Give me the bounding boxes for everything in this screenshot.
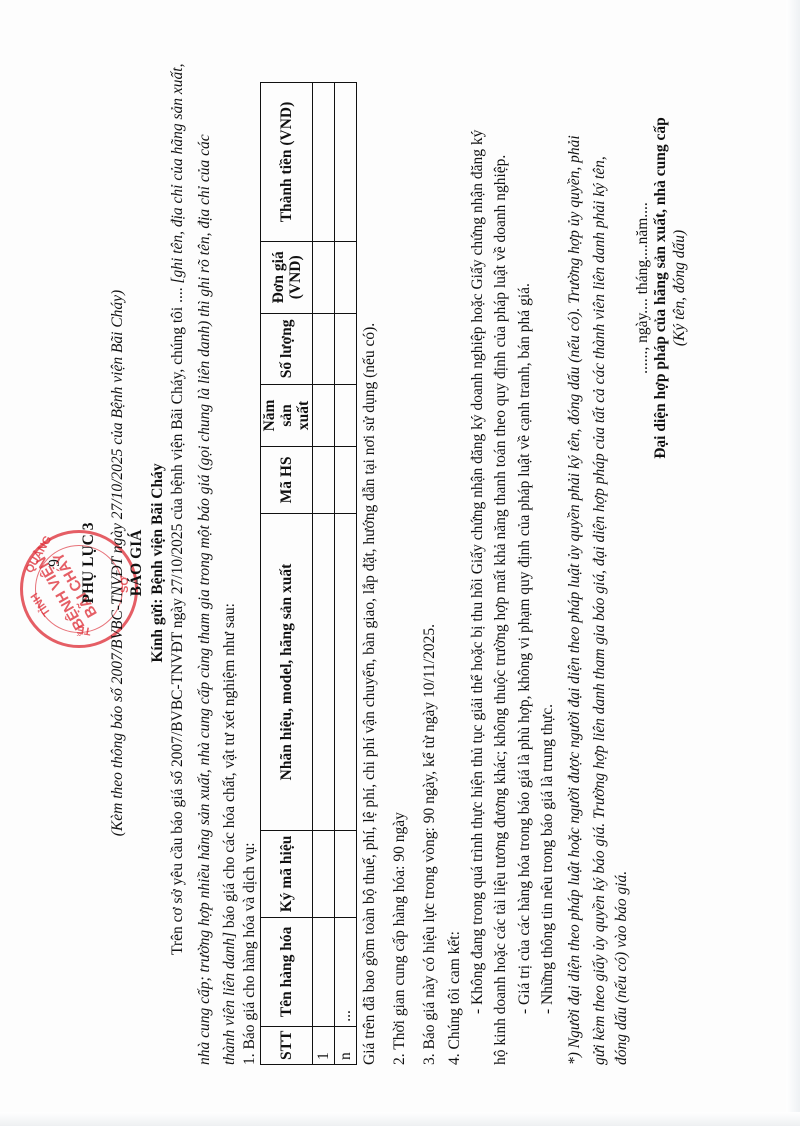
table-row: 1 bbox=[313, 83, 335, 1065]
table-header-row: STT Tên hàng hóa Ký mã hiệu Nhãn hiệu, m… bbox=[261, 83, 313, 1065]
col-header-brand-model: Nhãn hiệu, model, hãng sản xuất bbox=[261, 514, 313, 831]
commitment-1-line-2: hộ kinh doanh hoặc các tài liệu tương đư… bbox=[492, 155, 510, 1065]
col-header-unit-price: Đơn giá (VND) bbox=[261, 242, 313, 314]
col-header-stt: STT bbox=[261, 1026, 313, 1064]
col-header-hs-code: Mã HS bbox=[261, 446, 313, 513]
intro-line-2: nhà cung cấp; trường hợp nhiều hãng sản … bbox=[196, 134, 214, 1065]
footnote-line-3: đóng dấu (nếu có) vào báo giá. bbox=[613, 871, 631, 1065]
page-number: 9 bbox=[46, 0, 64, 1126]
section-2-delivery-time: 2. Thời gian cung cấp hàng hóa: 90 ngày bbox=[391, 812, 409, 1065]
col-header-year: Năm sản xuất bbox=[261, 385, 313, 447]
quotation-table: STT Tên hàng hóa Ký mã hiệu Nhãn hiệu, m… bbox=[260, 82, 357, 1065]
table-row: n... bbox=[335, 83, 357, 1065]
footnote-line-1: *) Người đại diện theo pháp luật hoặc ng… bbox=[566, 135, 584, 1065]
col-header-total: Thành tiền (VND) bbox=[261, 83, 313, 242]
rotated-document-page: TỈNH QUẢNG TẾ SỞ BỆNH VIỆN BÃI CHÁY 9 PH… bbox=[0, 0, 800, 1126]
intro-line-3: thành viên liên danh] báo giá cho các hó… bbox=[221, 603, 239, 1065]
signature-title: Đại diện hợp pháp của hãng sản xuất, nhà… bbox=[652, 78, 670, 498]
signature-note: (Ký tên, đóng dấu) bbox=[671, 78, 689, 498]
intro-line-1: Trên cơ sở yêu cầu báo giá số 2007/BVBC-… bbox=[169, 64, 187, 955]
commitment-1-line-1: - Không đang trong quá trình thực hiện t… bbox=[469, 130, 487, 1014]
commitment-2: - Giá trị của các hàng hóa trong báo giá… bbox=[516, 283, 534, 1014]
commitment-3: - Những thông tin nêu trong báo giá là t… bbox=[539, 704, 557, 1014]
price-inclusion-note: Giá trên đã bao gồm toàn bộ thuế, phí, l… bbox=[361, 323, 379, 1065]
document-heading: BÁO GIÁ bbox=[128, 0, 146, 1126]
footnote-line-2: gửi kèm theo giấy ủy quyền ký báo giá. T… bbox=[591, 156, 609, 1065]
signature-date-line: ......, ngày.... tháng....năm.... bbox=[634, 78, 652, 498]
appendix-title: PHỤ LỤC 3 bbox=[80, 0, 98, 1126]
section-1-heading: 1. Báo giá cho hàng hóa và dịch vụ: bbox=[241, 842, 259, 1065]
section-4-commitments: 4. Chúng tôi cam kết: bbox=[446, 931, 464, 1065]
section-3-validity: 3. Báo giá này có hiệu lực trong vòng: 9… bbox=[421, 624, 439, 1065]
col-header-code: Ký mã hiệu bbox=[261, 830, 313, 917]
col-header-item-name: Tên hàng hóa bbox=[261, 917, 313, 1026]
appendix-subtitle: (Kèm theo thông báo số 2007/BVBC-TNVĐT n… bbox=[109, 0, 127, 1126]
recipient-line: Kính gửi: Bệnh viện Bãi Cháy bbox=[149, 0, 167, 1126]
col-header-quantity: Số lượng bbox=[261, 313, 313, 385]
